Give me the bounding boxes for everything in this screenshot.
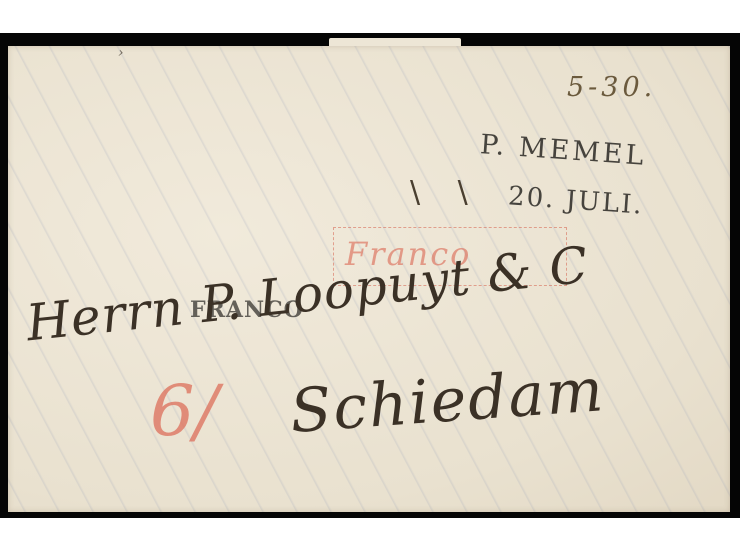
red-manuscript-rate: 6/ <box>150 370 218 452</box>
transit-ticks: \ \ <box>410 175 482 210</box>
corner-mark: › <box>118 45 124 61</box>
manuscript-rate: 5-30. <box>567 72 656 103</box>
